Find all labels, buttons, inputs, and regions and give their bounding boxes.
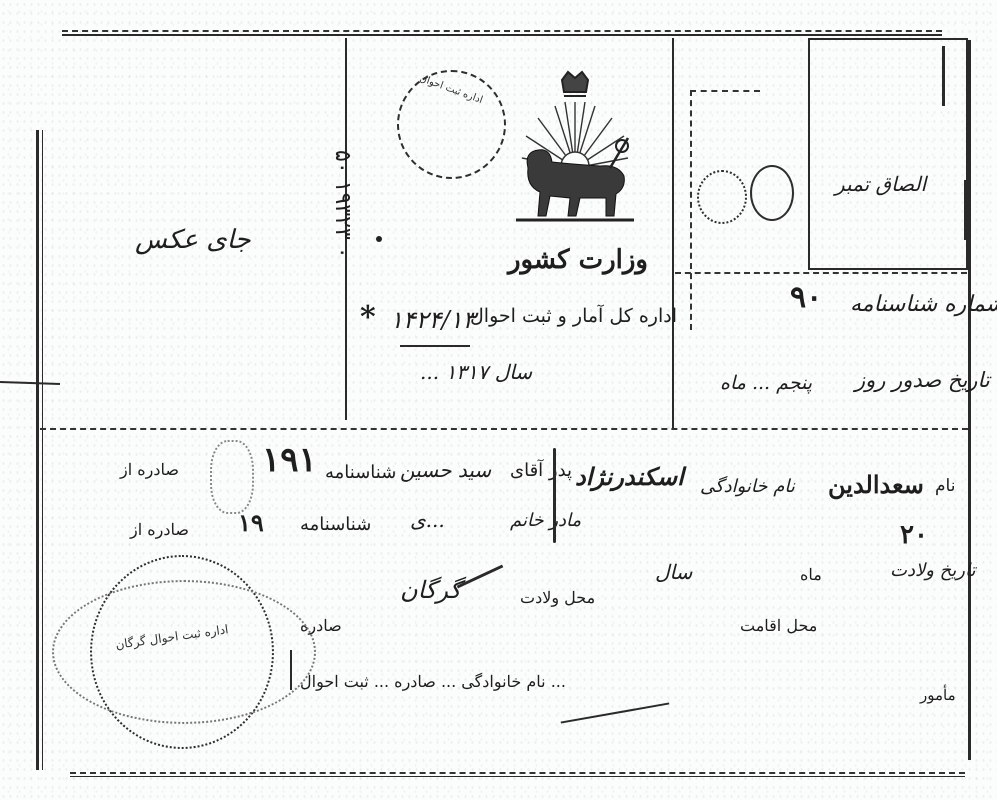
top-border-solid	[62, 34, 942, 36]
bottom-seal-outer	[52, 580, 316, 724]
first-name-label: نام	[935, 476, 955, 496]
top-border	[62, 30, 942, 32]
header-right-divider	[672, 38, 674, 428]
serial-underline	[400, 345, 470, 347]
seal-vertical-mark	[290, 650, 292, 690]
photo-place-label: جای عکس	[135, 225, 251, 255]
bottom-signature-stroke	[561, 702, 670, 723]
mother-id-label: شناسنامه	[300, 514, 371, 535]
stamp-mark-2	[964, 180, 967, 240]
mother-issued-label: صادره از	[130, 520, 189, 539]
issue-date-value: پنجم ... ماه	[720, 372, 812, 394]
lion-and-sun-icon	[510, 68, 640, 230]
office-name: اداره کل آمار و ثبت احوال	[470, 305, 677, 327]
serial-number: ۱۴۲۴/۱۳	[390, 306, 475, 334]
ministry-title: وزارت کشور	[508, 245, 648, 275]
father-name: سید حسین	[400, 458, 491, 482]
birth-month-label: ماه	[800, 565, 822, 584]
birth-place-label: محل ولادت	[520, 588, 595, 607]
father-id-label: شناسنامه	[325, 462, 396, 483]
left-mid-tick	[0, 381, 60, 385]
parents-bracket	[553, 448, 556, 543]
mother-name: ...ی	[410, 508, 445, 532]
stamp-affix-label: الصاق تمبر	[835, 172, 926, 196]
birth-place-value: گرگان	[400, 576, 461, 604]
issue-date-label: تاریخ صدور روز	[855, 368, 990, 392]
serial-dot	[376, 236, 382, 242]
family-name-value: اسکندرنژاد	[575, 462, 684, 491]
officer-label: مأمور	[920, 686, 956, 704]
faint-small-emblem	[210, 440, 254, 514]
year-line: سال ۱۳۱۷ ...	[420, 360, 532, 384]
id-number-label: شماره شناسنامه	[850, 292, 997, 317]
residence-label: محل اقامت	[740, 616, 817, 635]
family-note: ... نام خانوادگی ... صادره ... ثبت احوال	[300, 672, 566, 691]
faint-round-stamp	[697, 170, 747, 224]
id-number-value: ۹۰	[790, 280, 822, 315]
birth-year-label: سال	[655, 560, 692, 584]
birthplace-stroke	[457, 565, 504, 589]
first-name-value: سعدالدین	[828, 470, 924, 499]
document-page: جای عکس ۵۰ ۱۹۳۲۳ ۰ اداره ثبت احوال	[0, 0, 997, 800]
father-issued-label: صادره از	[120, 460, 179, 479]
serial-symbol: *	[360, 300, 376, 335]
birth-day-value: ۲۰	[900, 520, 928, 550]
left-border-inner	[42, 130, 43, 770]
left-border	[36, 130, 39, 770]
mid-divider	[40, 428, 968, 430]
handwritten-circle	[750, 165, 794, 221]
stamp-box-left	[690, 90, 692, 330]
family-name-label: نام خانوادگی	[700, 476, 795, 497]
father-id-value: ۱۹۱	[262, 440, 317, 480]
vertical-serial-number: ۵۰ ۱۹۳۲۳ ۰	[330, 150, 355, 259]
id-row-top	[675, 272, 967, 274]
bottom-border-solid	[70, 776, 965, 777]
right-border	[968, 40, 971, 760]
mother-label: مادر خانم	[510, 510, 581, 531]
stamp-box-top	[690, 90, 760, 92]
bottom-border	[70, 772, 965, 774]
stamp-mark-1	[942, 46, 945, 106]
birth-date-label: تاریخ ولادت	[890, 560, 975, 581]
father-label: پدر آقای	[510, 460, 572, 481]
